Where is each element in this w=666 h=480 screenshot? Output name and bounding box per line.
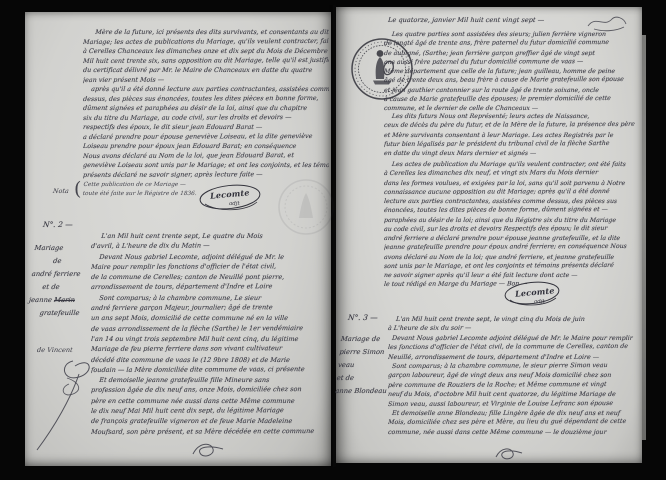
handwriting-line: âgé de trente deux ans, beau frère à cau…: [384, 75, 638, 85]
handwriting-line: au code civil, sur les droits et devoirs…: [384, 224, 638, 234]
handwriting-line: du certificat délivré par Mr. le Maire d…: [83, 66, 329, 76]
handwriting-line: commune, née aussi dans cette Même commu…: [388, 428, 640, 437]
entry1-text-block: Mère de la future, ici présents des dits…: [83, 28, 329, 184]
handwriting-line: jeanne gratefeuille prendre pour époux a…: [384, 242, 638, 252]
signature-title: adjt: [229, 201, 240, 207]
bride-first-name: jeanne: [29, 296, 53, 304]
handwriting-line: ans aussi frère paternel du futur domici…: [384, 57, 638, 67]
publication-text-block: Les actes de publication du Mariage qu'i…: [384, 160, 638, 292]
signature-title: adjt: [534, 299, 545, 305]
handwriting-line: geneviève Loiseau sont unis par le Maria…: [83, 161, 329, 171]
entry2-number: N°. 2 —: [43, 220, 74, 229]
handwriting-line: de vaas arrondissement de la flèche (Sar…: [91, 323, 329, 334]
page-edge: [642, 35, 646, 440]
handwriting-line: Nous avons déclaré au Nom de la loi, que…: [83, 150, 329, 161]
handwriting-line: Mois, domiciliée chez ses père et Mère, …: [388, 417, 640, 428]
handwriting-line: Mil huit cent trente six, sans oppositio…: [83, 55, 329, 66]
nota-brace-icon: (: [74, 178, 81, 200]
end-flourish-icon: [189, 440, 227, 464]
handwriting-line: énoncées, toutes les dites pièces de bon…: [384, 205, 638, 215]
handwriting-line: respectifs des époux, le dit sieur jean …: [83, 123, 329, 133]
nota-label: Nota: [53, 187, 70, 195]
handwriting-line: Simon veau, aussi laboureur, et Virginie…: [388, 399, 640, 410]
handwriting-line: d'avril, à L'heure de dix du Matin —: [91, 240, 329, 251]
handwriting-line: six du titre du Mariage, au code civil, …: [83, 112, 329, 123]
handwriting-line: futur bien légalisés par le président du…: [384, 139, 638, 149]
handwriting-line: en datte du vingt deux Mars dernier et s…: [384, 149, 638, 158]
handwriting-line: ceux de décès du père du futur, et de la…: [384, 120, 638, 130]
handwriting-line: sont unis par le Mariage, et ont les con…: [384, 261, 638, 271]
handwriting-line: dessus, des pièces sus énoncées, toutes …: [83, 93, 329, 104]
handwriting-line: à Cerelles Chanceaux les dimanches onze …: [83, 47, 329, 57]
handwriting-line: Mère de la future, ici présents des dits…: [83, 28, 329, 38]
end-flourish-icon: [492, 445, 526, 467]
entry3-text-block: L'an Mil huit cent trente sept, le vingt…: [388, 315, 640, 439]
handwriting-line: connaissance aucune opposition au dit Ma…: [384, 187, 638, 197]
handwriting-line: de françois gratefeuille vigneron et de …: [91, 416, 329, 426]
paraph-icon: [29, 354, 99, 458]
signature-lecomte-entry1: Lecomte adjt: [197, 182, 263, 216]
handwriting-line: foudain — la Mère domiciliée dite commun…: [91, 364, 329, 375]
handwriting-line: Maire pour remplir les fonctions d'offic…: [91, 261, 329, 272]
left-page: Mère de la future, ici présents des dits…: [25, 12, 331, 466]
handwriting-line: le dix neuf Mai Mil huit cent dix sept, …: [91, 405, 329, 416]
handwriting-line: Moufsard, son père présent, et sa Mère d…: [91, 426, 329, 437]
handwriting-line: à cause de Marie gratefeuille des épouse…: [384, 94, 638, 104]
handwriting-line: profession âgée de dix neuf ans, onze Mo…: [91, 384, 329, 395]
handwriting-line: a déclaré prendre pour épouse geneviève …: [83, 131, 329, 142]
handwriting-line: Cette publication de ce Mariage —: [83, 181, 198, 190]
handwriting-line: Mariage; les actes de publications du Ma…: [83, 36, 329, 47]
handwriting-line: dûment signées et paraphées au désir de …: [83, 104, 329, 114]
handwriting-line: Loiseau prendre pour époux jean Edouard …: [83, 142, 329, 152]
right-page: Le quatorze, janvier Mil huit cent vingt…: [336, 7, 642, 463]
handwriting-line: arrondissement de tours, département d'I…: [91, 281, 329, 292]
entry2-text-block: L'an Mil huit cent trente sept, Le quatr…: [91, 231, 329, 439]
handwriting-line: toute été faite sur le Régistre de 1836.: [82, 190, 197, 199]
handwriting-line: Mariage de feu pierre ferriere dans son …: [91, 343, 329, 354]
margin-side-note: de Vincent: [37, 346, 74, 354]
handwriting-line: à Cerelles les dimanches dix neuf, et vi…: [384, 168, 638, 178]
handwriting-line: jean vier présent Mois —: [83, 74, 329, 85]
handwriting-line: de longté âgé de trente ans, frère pater…: [384, 38, 638, 48]
nota-annotation: Nota ( Cette publication de ce Mariage —…: [53, 180, 203, 206]
documents-text-block: Les dits futurs Nous ont Représenté; leu…: [384, 112, 638, 160]
witnesses-text-block: Les quatre parties sont assistées des si…: [384, 30, 638, 114]
handwriting-line: Sont comparus; à la chambre commune, le …: [388, 361, 640, 372]
struck-word: Marin: [54, 296, 76, 304]
handwriting-line: père commune de Rouziers de la Roche; et…: [388, 380, 640, 391]
signature-lecomte-entry2: Lecomte adjt: [502, 280, 568, 314]
handwriting-line: après qu'il a été donné lecture aux part…: [83, 85, 329, 95]
nota-lines: Cette publication de ce Mariage —toute é…: [82, 181, 198, 199]
handwriting-line: les fonctions d'officier de l'état civil…: [388, 342, 640, 353]
entry3-number: N°. 3 —: [348, 313, 379, 322]
handwriting-line: à L'heure de six du soir —: [388, 323, 640, 334]
handwriting-line: andré ferriere garçon Majeur, journalier…: [91, 302, 329, 313]
